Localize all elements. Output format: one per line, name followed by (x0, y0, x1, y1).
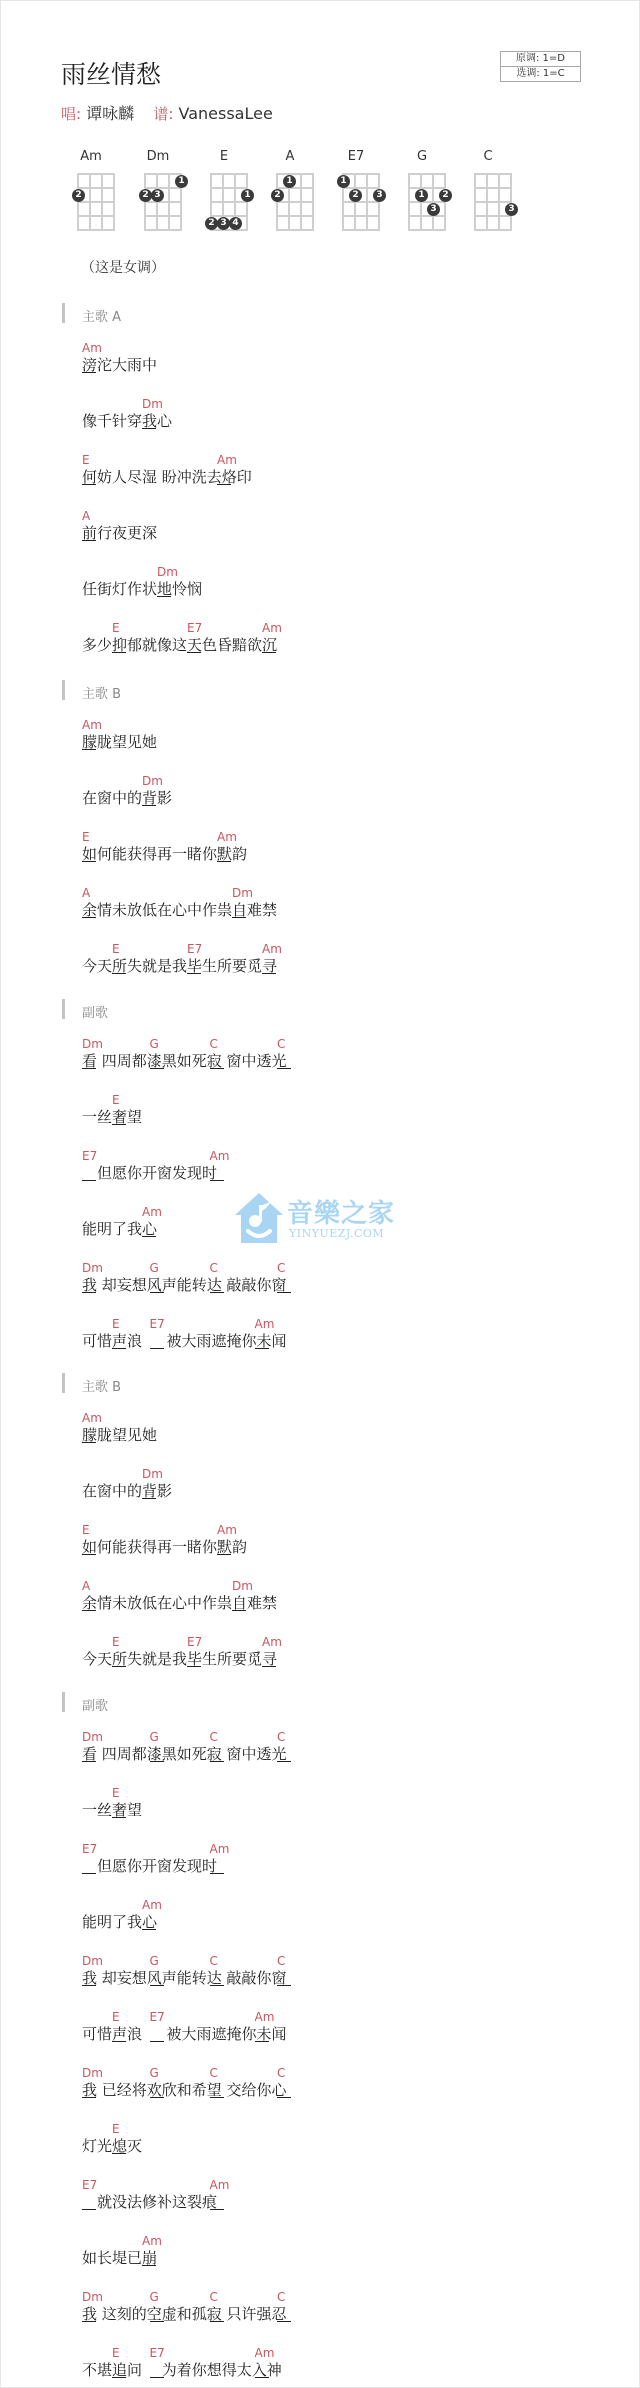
chord-label[interactable]: G (150, 1730, 159, 1744)
arranger-name[interactable]: VanessaLee (179, 104, 273, 123)
lyric-text: 我 却妄想风声能转达 敲敲你窗 (82, 1967, 287, 1988)
lyric-text: 能明了我心 (82, 1911, 157, 1932)
selected-key: 选调: 1=C (501, 66, 580, 81)
lyric-text: 看 四周都漆黑如死寂 窗中透光 (82, 1743, 287, 1764)
song-title: 雨丝情愁 (61, 55, 161, 91)
chord-label[interactable]: G (150, 1037, 159, 1051)
chord-name: G (392, 149, 452, 164)
chord-label[interactable]: Am (262, 1635, 282, 1649)
chord-label[interactable]: Dm (82, 1261, 103, 1275)
lyric-text: 滂沱大雨中 (82, 354, 157, 375)
chord-label[interactable]: Am (82, 341, 102, 355)
chord-label[interactable]: E (112, 1635, 120, 1649)
chord-label[interactable]: Dm (232, 886, 253, 900)
chord-label[interactable]: E (82, 830, 90, 844)
original-key: 原调: 1=D (501, 52, 580, 66)
lyric-text: 朦胧望见她 (82, 731, 157, 752)
chord-label[interactable]: Dm (82, 1954, 103, 1968)
music-house-logo-icon (233, 1191, 285, 1245)
chord-label[interactable]: E7 (150, 2346, 165, 2360)
watermark-title: 音樂之家 (287, 1193, 395, 1230)
lyric-text: 任街灯作状地怜悯 (82, 578, 202, 599)
intro-note: （这是女调） (81, 257, 165, 277)
finger-dot-icon: 1 (283, 175, 296, 188)
lyric-text: 在窗中的背影 (82, 787, 172, 808)
chord-label[interactable]: G (150, 1261, 159, 1275)
section-label: 副歌 (82, 1002, 108, 1021)
section-label: 主歌 A (82, 306, 121, 325)
section-marker-bar (62, 1373, 65, 1393)
chord-label[interactable]: E (112, 942, 120, 956)
chord-label[interactable]: A (82, 886, 90, 900)
finger-dot-icon: 3 (505, 203, 518, 216)
finger-dot-icon: 2 (271, 189, 284, 202)
chord-label[interactable]: G (150, 2066, 159, 2080)
chord-label[interactable]: Am (210, 2178, 230, 2192)
lyric-text: 但愿你开窗发现时 (82, 1162, 217, 1183)
chord-label[interactable]: Dm (157, 565, 178, 579)
lyric-text: 余情未放低在心中作祟自难禁 (82, 1592, 277, 1613)
chord-label[interactable]: Dm (82, 1730, 103, 1744)
fretboard-grid: 1234 (210, 173, 246, 229)
fretboard-grid: 123 (408, 173, 444, 229)
finger-dot-icon: 1 (175, 175, 188, 188)
chord-label[interactable]: Dm (82, 1037, 103, 1051)
singer-name[interactable]: 谭咏麟 (86, 104, 134, 123)
fretboard-grid: 123 (342, 173, 378, 229)
chord-label[interactable]: E (82, 453, 90, 467)
finger-dot-icon: 4 (229, 217, 242, 230)
chord-label[interactable]: G (150, 2290, 159, 2304)
chord-label[interactable]: C (210, 2066, 218, 2080)
finger-dot-icon: 3 (151, 189, 164, 202)
chord-label[interactable]: Am (142, 2234, 162, 2248)
chord-label[interactable]: E7 (82, 1842, 97, 1856)
lyric-text: 但愿你开窗发现时 (82, 1855, 217, 1876)
chord-label[interactable]: Am (217, 453, 237, 467)
finger-dot-icon: 2 (72, 189, 85, 202)
song-credits: 唱: 谭咏麟 谱: VanessaLee (61, 101, 273, 124)
lyric-text: 我 这刻的空虚和孤寂 只许强忍 (82, 2303, 287, 2324)
chord-name: A (260, 149, 320, 164)
lyric-text: 前行夜更深 (82, 522, 157, 543)
chord-label[interactable]: Dm (82, 2290, 103, 2304)
chord-label[interactable]: C (277, 1954, 285, 1968)
chord-name: Am (61, 149, 121, 164)
section-label: 副歌 (82, 1695, 108, 1714)
section-marker-bar (62, 680, 65, 700)
fretboard-grid: 123 (144, 173, 180, 229)
section-label: 主歌 B (82, 683, 121, 702)
lyric-text: 余情未放低在心中作祟自难禁 (82, 899, 277, 920)
lyric-text: 何妨人尽湿 盼冲洗去烙印 (82, 466, 252, 487)
chord-label[interactable]: E (82, 1523, 90, 1537)
chord-name: E (194, 149, 254, 164)
chord-label[interactable]: Dm (232, 1579, 253, 1593)
fretboard-grid: 3 (474, 173, 510, 229)
chord-label[interactable]: Dm (142, 397, 163, 411)
chord-label[interactable]: Am (82, 1411, 102, 1425)
chord-label[interactable]: C (277, 2066, 285, 2080)
finger-dot-icon: 1 (415, 189, 428, 202)
chord-label[interactable]: C (277, 1261, 285, 1275)
chord-label[interactable]: E7 (187, 1635, 202, 1649)
chord-label[interactable]: Dm (82, 2066, 103, 2080)
chord-label[interactable]: C (210, 1954, 218, 1968)
fretboard-grid: 12 (276, 173, 312, 229)
chord-label[interactable]: E7 (82, 1149, 97, 1163)
chord-label[interactable]: Am (255, 2346, 275, 2360)
section-marker-bar (62, 999, 65, 1019)
lyric-text: 可惜声浪 被大雨遮掩你未闻 (82, 1330, 287, 1351)
chord-label[interactable]: A (82, 509, 90, 523)
chord-label[interactable]: C (210, 2290, 218, 2304)
lyric-text: 看 四周都漆黑如死寂 窗中透光 (82, 1050, 287, 1071)
chord-label[interactable]: Am (217, 830, 237, 844)
lyric-text: 朦胧望见她 (82, 1424, 157, 1445)
chord-name: E7 (326, 149, 386, 164)
chord-label[interactable]: E (112, 1317, 120, 1331)
finger-dot-icon: 2 (439, 189, 452, 202)
watermark: 音樂之家 YINYUEZJ.COM (233, 1191, 413, 1249)
lyric-text: 如何能获得再一睹你默韵 (82, 843, 247, 864)
chord-label[interactable]: Am (142, 1205, 162, 1219)
chord-label[interactable]: Am (255, 2010, 275, 2024)
chord-label[interactable]: E7 (82, 2178, 97, 2192)
chord-label[interactable]: C (277, 1730, 285, 1744)
chord-label[interactable]: E (112, 2010, 120, 2024)
fretboard-grid: 2 (77, 173, 113, 229)
finger-dot-icon: 3 (427, 203, 440, 216)
chord-name: Dm (128, 149, 188, 164)
chord-label[interactable]: E (112, 1093, 120, 1107)
chord-label[interactable]: Am (210, 1842, 230, 1856)
finger-dot-icon: 1 (337, 175, 350, 188)
lyric-text: 在窗中的背影 (82, 1480, 172, 1501)
lyric-text: 如长堤已崩 (82, 2247, 157, 2268)
chord-label[interactable]: G (150, 1954, 159, 1968)
lyric-text: 灯光熄灭 (82, 2135, 142, 2156)
chord-label[interactable]: C (277, 2290, 285, 2304)
chord-label[interactable]: Am (210, 1149, 230, 1163)
lyric-text: 可惜声浪 被大雨遮掩你未闻 (82, 2023, 287, 2044)
chord-label[interactable]: E (112, 1786, 120, 1800)
section-marker-bar (62, 303, 65, 323)
lyric-text: 我 已经将欢欣和希望 交给你心 (82, 2079, 287, 2100)
section-label: 主歌 B (82, 1376, 121, 1395)
finger-dot-icon: 3 (373, 189, 386, 202)
lyric-text: 我 却妄想风声能转达 敲敲你窗 (82, 1274, 287, 1295)
chord-label[interactable]: C (210, 1037, 218, 1051)
lyric-text: 就没法修补这裂痕 (82, 2191, 217, 2212)
chord-label[interactable]: C (210, 1261, 218, 1275)
section-marker-bar (62, 1692, 65, 1712)
chord-label[interactable]: Am (82, 718, 102, 732)
chord-label[interactable]: A (82, 1579, 90, 1593)
lyric-text: 如何能获得再一睹你默韵 (82, 1536, 247, 1557)
chord-label[interactable]: Am (262, 621, 282, 635)
arranger-label: 谱: (153, 105, 173, 123)
chord-label[interactable]: Dm (142, 1467, 163, 1481)
chord-diagrams: Am2Dm123E1234A12E7123G123C3 (1, 149, 640, 229)
chord-label[interactable]: E7 (150, 1317, 165, 1331)
chord-label[interactable]: Am (255, 1317, 275, 1331)
key-info-box: 原调: 1=D 选调: 1=C (500, 51, 581, 82)
chord-label[interactable]: E7 (187, 621, 202, 635)
lyric-text: 一丝奢望 (82, 1799, 142, 1820)
chord-label[interactable]: E7 (187, 942, 202, 956)
chord-sheet-page: 雨丝情愁 原调: 1=D 选调: 1=C 唱: 谭咏麟 谱: VanessaLe… (0, 0, 640, 2388)
finger-dot-icon: 2 (349, 189, 362, 202)
chord-label[interactable]: C (210, 1730, 218, 1744)
lyric-text: 像千针穿我心 (82, 410, 172, 431)
chord-label[interactable]: Dm (142, 774, 163, 788)
chord-label[interactable]: E7 (150, 2010, 165, 2024)
chord-label[interactable]: Am (262, 942, 282, 956)
chord-label[interactable]: Am (142, 1898, 162, 1912)
watermark-url: YINYUEZJ.COM (289, 1227, 384, 1240)
lyric-text: 能明了我心 (82, 1218, 157, 1239)
chord-name: C (458, 149, 518, 164)
finger-dot-icon: 1 (241, 189, 254, 202)
chord-label[interactable]: E (112, 2122, 120, 2136)
singer-label: 唱: (61, 105, 81, 123)
lyric-text: 一丝奢望 (82, 1106, 142, 1127)
lyric-text: 今天所失就是我毕生所要觅寻 (82, 1648, 277, 1669)
lyric-text: 今天所失就是我毕生所要觅寻 (82, 955, 277, 976)
lyric-text: 不堪追问 为着你想得太入神 (82, 2359, 282, 2380)
chord-label[interactable]: C (277, 1037, 285, 1051)
chord-label[interactable]: Am (217, 1523, 237, 1537)
lyric-text: 多少抑郁就像这天色昏黯欲沉 (82, 634, 277, 655)
chord-label[interactable]: E (112, 621, 120, 635)
chord-label[interactable]: E (112, 2346, 120, 2360)
